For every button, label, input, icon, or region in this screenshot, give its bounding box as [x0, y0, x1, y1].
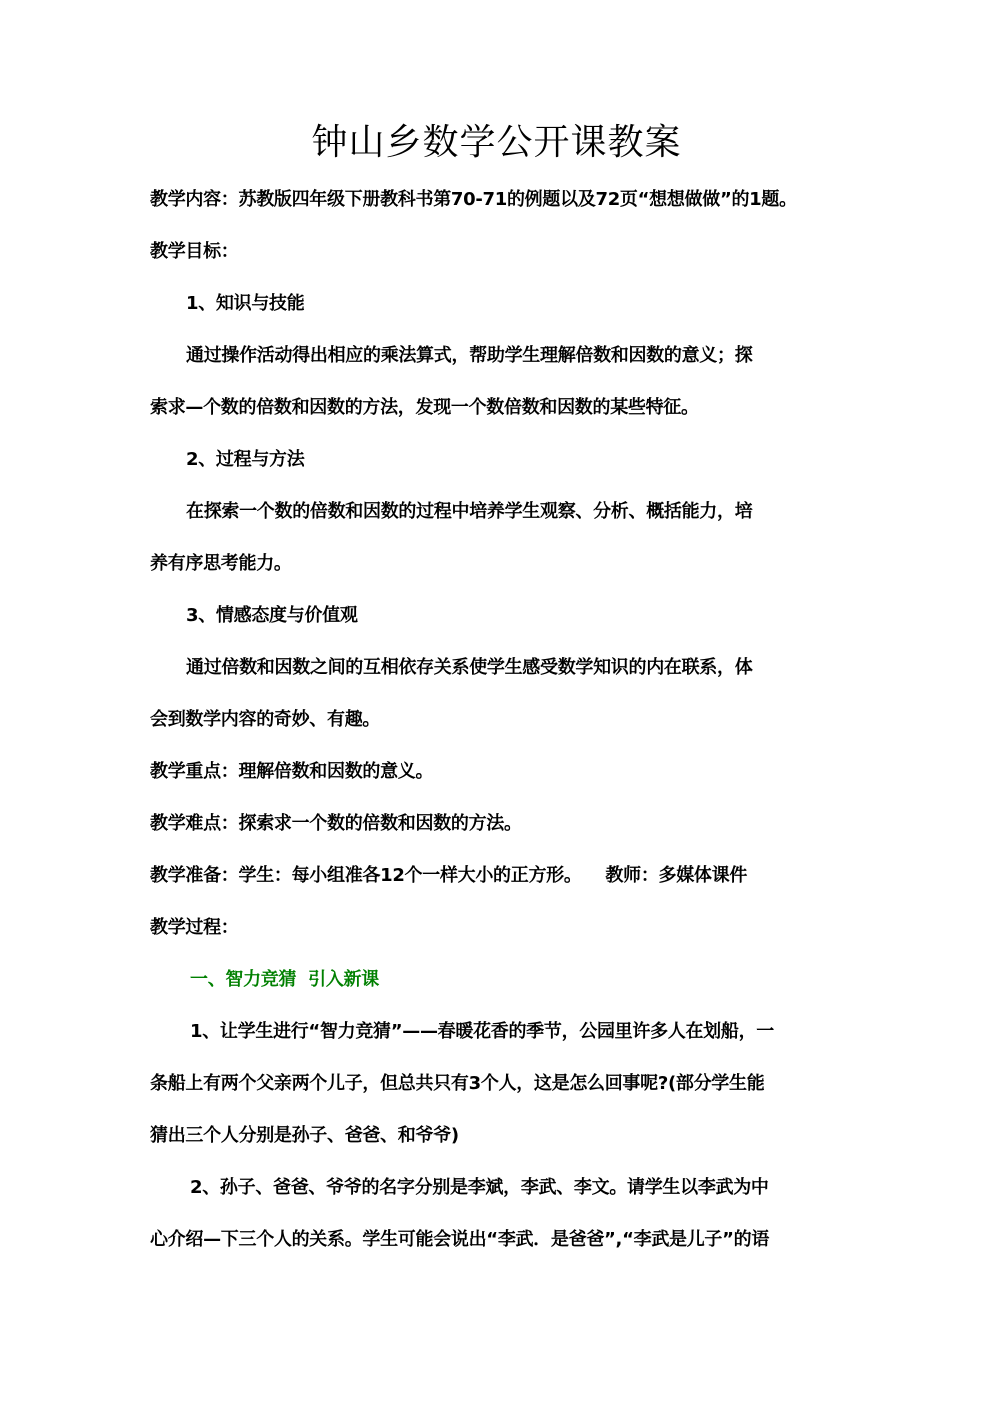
document-title: 钟山乡数学公开课教案: [0, 118, 993, 168]
objective-2-text-line-1: 在探索一个数的倍数和因数的过程中培养学生观察、分析、概括能力，培: [186, 499, 752, 525]
step-2-text-line-2: 心介绍—下三个人的关系。学生可能会说出“李武．是爸爸”,“李武是儿子”的语: [150, 1227, 769, 1253]
objective-3-heading: 3、情感态度与价值观: [186, 603, 358, 629]
teaching-content: 教学内容：苏教版四年级下册教科书第70-71的例题以及72页“想想做做”的1题。: [150, 187, 797, 213]
objective-2-heading: 2、过程与方法: [186, 447, 304, 473]
section-1-heading: 一、智力竞猜 引入新课: [190, 967, 379, 993]
teaching-difficulty: 教学难点：探索求一个数的倍数和因数的方法。: [150, 811, 522, 837]
objective-1-heading: 1、知识与技能: [186, 291, 304, 317]
teaching-process-heading: 教学过程：: [150, 915, 239, 941]
objective-3-text-line-1: 通过倍数和因数之间的互相依存关系使学生感受数学知识的内在联系，体: [186, 655, 752, 681]
teaching-preparation: 教学准备：学生：每小组准各12个一样大小的正方形。 教师：多媒体课件: [150, 863, 747, 889]
objective-2-text-line-2: 养有序思考能力。: [150, 551, 292, 577]
step-1-text-line-3: 猜出三个人分别是孙子、爸爸、和爷爷): [150, 1123, 459, 1149]
step-1-text-line-1: 1、让学生进行“智力竞猜”——春暖花香的季节，公园里许多人在划船，一: [190, 1019, 774, 1045]
step-2-text-line-1: 2、孙子、爸爸、爷爷的名字分别是李斌，李武、李文。请学生以李武为中: [190, 1175, 769, 1201]
teaching-objectives-heading: 教学目标：: [150, 239, 239, 265]
objective-1-text-line-1: 通过操作活动得出相应的乘法算式，帮助学生理解倍数和因数的意义；探: [186, 343, 752, 369]
step-1-text-line-2: 条船上有两个父亲两个儿子，但总共只有3个人，这是怎么回事呢?(部分学生能: [150, 1071, 764, 1097]
objective-3-text-line-2: 会到数学内容的奇妙、有趣。: [150, 707, 380, 733]
document-page: 钟山乡数学公开课教案 教学内容：苏教版四年级下册教科书第70-71的例题以及72…: [0, 0, 993, 1404]
objective-1-text-line-2: 索求—个数的倍数和因数的方法，发现一个数倍数和因数的某些特征。: [150, 395, 699, 421]
teaching-key-point: 教学重点：理解倍数和因数的意义。: [150, 759, 433, 785]
